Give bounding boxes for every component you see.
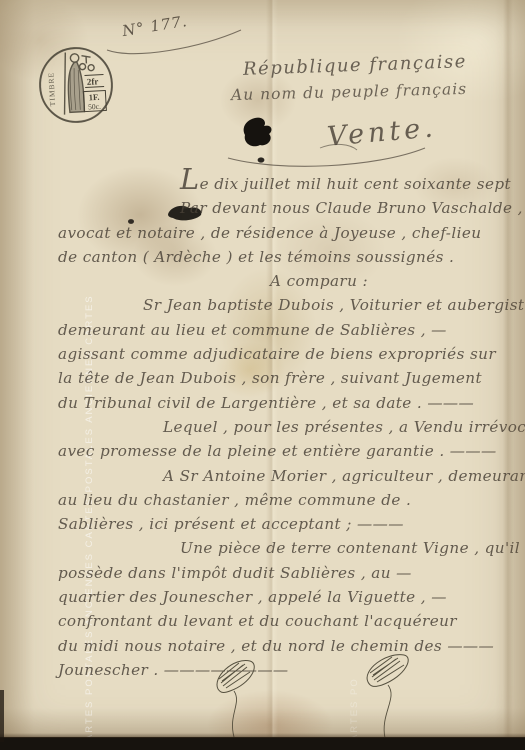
stamp-timbre-label: TIMBRE: [46, 72, 57, 107]
folio-number: N° 177.: [121, 12, 189, 40]
deed-line: quartier des Jounescher , appelé la Vigu…: [58, 585, 510, 609]
deed-title: Vente.: [326, 112, 438, 152]
deed-line: Lequel , pour les présentes , a Vendu ir…: [58, 415, 510, 439]
deed-line: Sr Jean baptiste Dubois , Voiturier et a…: [58, 293, 510, 317]
deed-line: du midi nous notaire , et du nord le che…: [58, 634, 510, 658]
deed-line: la tête de Jean Dubois , son frère , sui…: [58, 366, 510, 390]
deed-line: agissant comme adjudicataire de biens ex…: [58, 342, 510, 366]
deed-line: possède dans l'impôt dudit Sablières , a…: [58, 561, 510, 585]
deed-line: de canton ( Ardèche ) et les témoins sou…: [58, 245, 510, 269]
deed-line: demeurant au lieu et commune de Sablière…: [58, 318, 510, 342]
photo-backdrop-edge: [0, 737, 525, 750]
deed-line: au lieu du chastanier , même commune de …: [58, 488, 510, 512]
deed-line: Le dix juillet mil huit cent soixante se…: [58, 169, 510, 196]
deed-line: confrontant du levant et du couchant l'a…: [58, 609, 510, 633]
stamp-denomination-top: 2fr: [87, 76, 99, 87]
revenue-stamp: TIMBRE 2fr 1F. 50c.: [34, 42, 118, 128]
ink-blot: [241, 116, 277, 168]
document-page: CARTES POSTALES ANCIENNES CARTES POSTALE…: [0, 0, 525, 750]
deed-line: Jounescher . ————————: [58, 658, 510, 682]
deed-line: Une pièce de terre contenant Vigne , qu'…: [58, 536, 510, 560]
stamp-denomination-50c: 50c.: [88, 102, 101, 112]
deed-line: avec promesse de la pleine et entière ga…: [58, 439, 510, 463]
stamp-denomination-1f: 1F.: [88, 92, 99, 103]
deed-line: Par devant nous Claude Bruno Vaschalde ,: [58, 196, 510, 220]
comparution-line: A comparu :: [58, 269, 510, 293]
deed-line: avocat et notaire , de résidence à Joyeu…: [58, 221, 510, 245]
deed-line: A Sr Antoine Morier , agriculteur , deme…: [58, 464, 510, 488]
deed-line: Sablières , ici présent et acceptant ; —…: [58, 512, 510, 536]
people-header: Au nom du peuple français: [231, 80, 468, 104]
photo-backdrop-corner: [0, 690, 4, 742]
republic-header: République française: [243, 51, 468, 80]
deed-line: du Tribunal civil de Largentière , et sa…: [58, 391, 510, 415]
deed-body: Le dix juillet mil huit cent soixante se…: [58, 169, 510, 682]
